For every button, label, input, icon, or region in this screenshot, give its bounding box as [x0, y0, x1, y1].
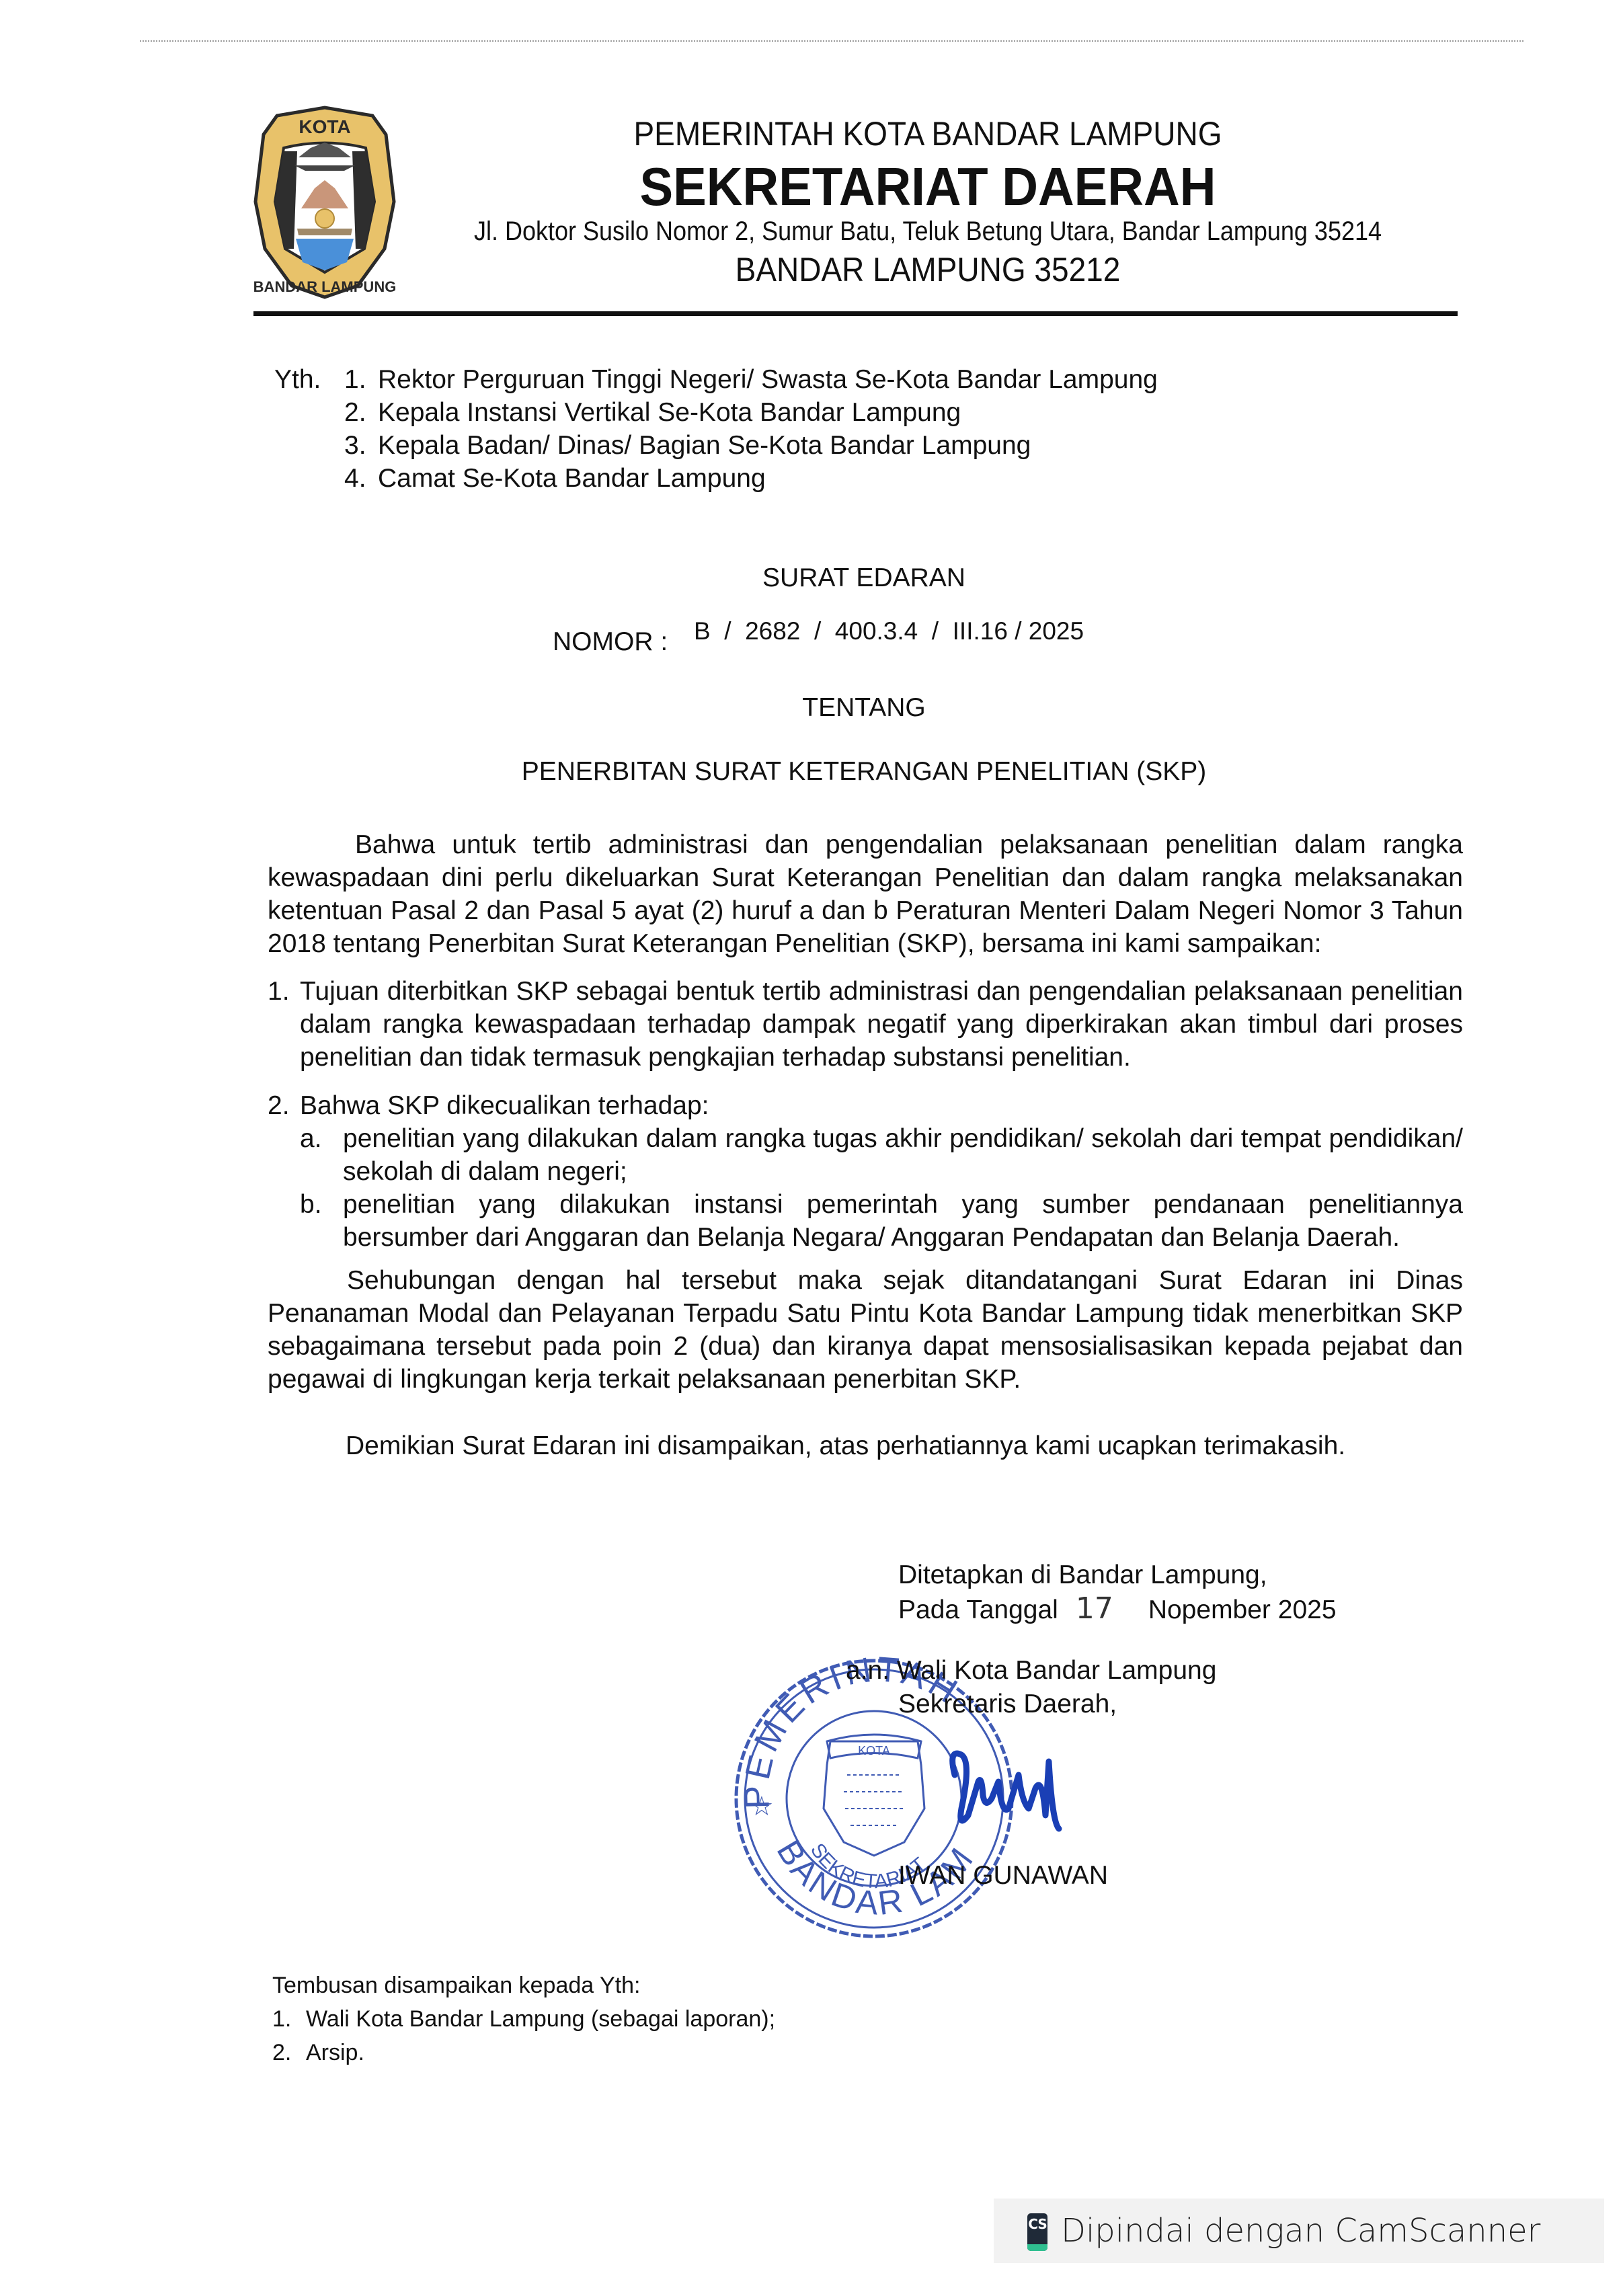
closing-paragraph: Demikian Surat Edaran ini disampaikan, a… [346, 1429, 1489, 1462]
nomor-value: B / 2682 / 400.3.4 / III.16 / 2025 [694, 617, 1084, 645]
follow-up-paragraph: Sehubungan dengan hal tersebut maka seja… [268, 1264, 1463, 1396]
copy-item: 2.Arsip. [272, 2036, 775, 2069]
svg-text:KOTA: KOTA [299, 116, 350, 137]
point-2: 2. Bahwa SKP dikecualikan terhadap: a. p… [268, 1089, 1463, 1254]
signature-place-date: Ditetapkan di Bandar Lampung, Pada Tangg… [898, 1558, 1337, 1627]
signature-place: Ditetapkan di Bandar Lampung, [898, 1558, 1337, 1592]
sub-point-a: a. penelitian yang dilakukan dalam rangk… [300, 1122, 1463, 1188]
handwritten-signature-icon [941, 1735, 1076, 1842]
copy-item: 1.Wali Kota Bandar Lampung (sebagai lapo… [272, 2002, 775, 2036]
nomor-label: NOMOR : [553, 627, 668, 657]
city-emblem-icon: KOTA BANDAR LAMPUNG [250, 101, 399, 303]
letterhead-office: SEKRETARIAT DAERAH [415, 156, 1440, 218]
point-1: 1. Tujuan diterbitkan SKP sebagai bentuk… [268, 975, 1463, 1074]
scan-edge-line [140, 40, 1523, 42]
signature-date-day: 17 [1076, 1591, 1113, 1626]
on-behalf: a.n. Wali Kota Bandar Lampung [846, 1654, 1216, 1688]
document-subject: PENERBITAN SURAT KETERANGAN PENELITIAN (… [255, 757, 1472, 787]
camscanner-text: Dipindai dengan CamScanner [1061, 2212, 1540, 2250]
tentang-label: TENTANG [255, 693, 1472, 723]
recipients-label: Yth. [274, 363, 321, 396]
camscanner-logo-icon: CS [1027, 2213, 1047, 2251]
letterhead-government: PEMERINTAH KOTA BANDAR LAMPUNG [421, 114, 1435, 153]
intro-paragraph: Bahwa untuk tertib administrasi dan peng… [268, 828, 1463, 960]
letterhead-address: Jl. Doktor Susilo Nomor 2, Sumur Batu, T… [432, 216, 1424, 247]
signature-date: Pada Tanggal17Nopember 2025 [898, 1592, 1337, 1627]
document-type: SURAT EDARAN [255, 563, 1472, 593]
sub-point-b: b. penelitian yang dilakukan instansi pe… [300, 1188, 1463, 1254]
recipient-item: 3.Kepala Badan/ Dinas/ Bagian Se-Kota Ba… [344, 429, 1158, 462]
recipient-item: 2.Kepala Instansi Vertikal Se-Kota Banda… [344, 396, 1158, 429]
recipient-item: 4.Camat Se-Kota Bandar Lampung [344, 462, 1158, 495]
recipient-item: 1.Rektor Perguruan Tinggi Negeri/ Swasta… [344, 363, 1158, 396]
svg-text:KOTA: KOTA [858, 1744, 890, 1757]
copies-section: Tembusan disampaikan kepada Yth: 1.Wali … [272, 1969, 775, 2069]
signatory-title: a.n. Wali Kota Bandar Lampung Sekretaris… [846, 1654, 1216, 1721]
signatory-name: IWAN GUNAWAN [898, 1861, 1108, 1891]
letterhead-city: BANDAR LAMPUNG 35212 [421, 250, 1435, 289]
copies-label: Tembusan disampaikan kepada Yth: [272, 1969, 775, 2002]
svg-text:BANDAR LAMPUNG: BANDAR LAMPUNG [253, 278, 397, 295]
signatory-position: Sekretaris Daerah, [846, 1688, 1216, 1721]
svg-text:☆: ☆ [750, 1791, 774, 1822]
camscanner-watermark: CS Dipindai dengan CamScanner [994, 2199, 1604, 2263]
letterhead-divider [253, 311, 1458, 316]
